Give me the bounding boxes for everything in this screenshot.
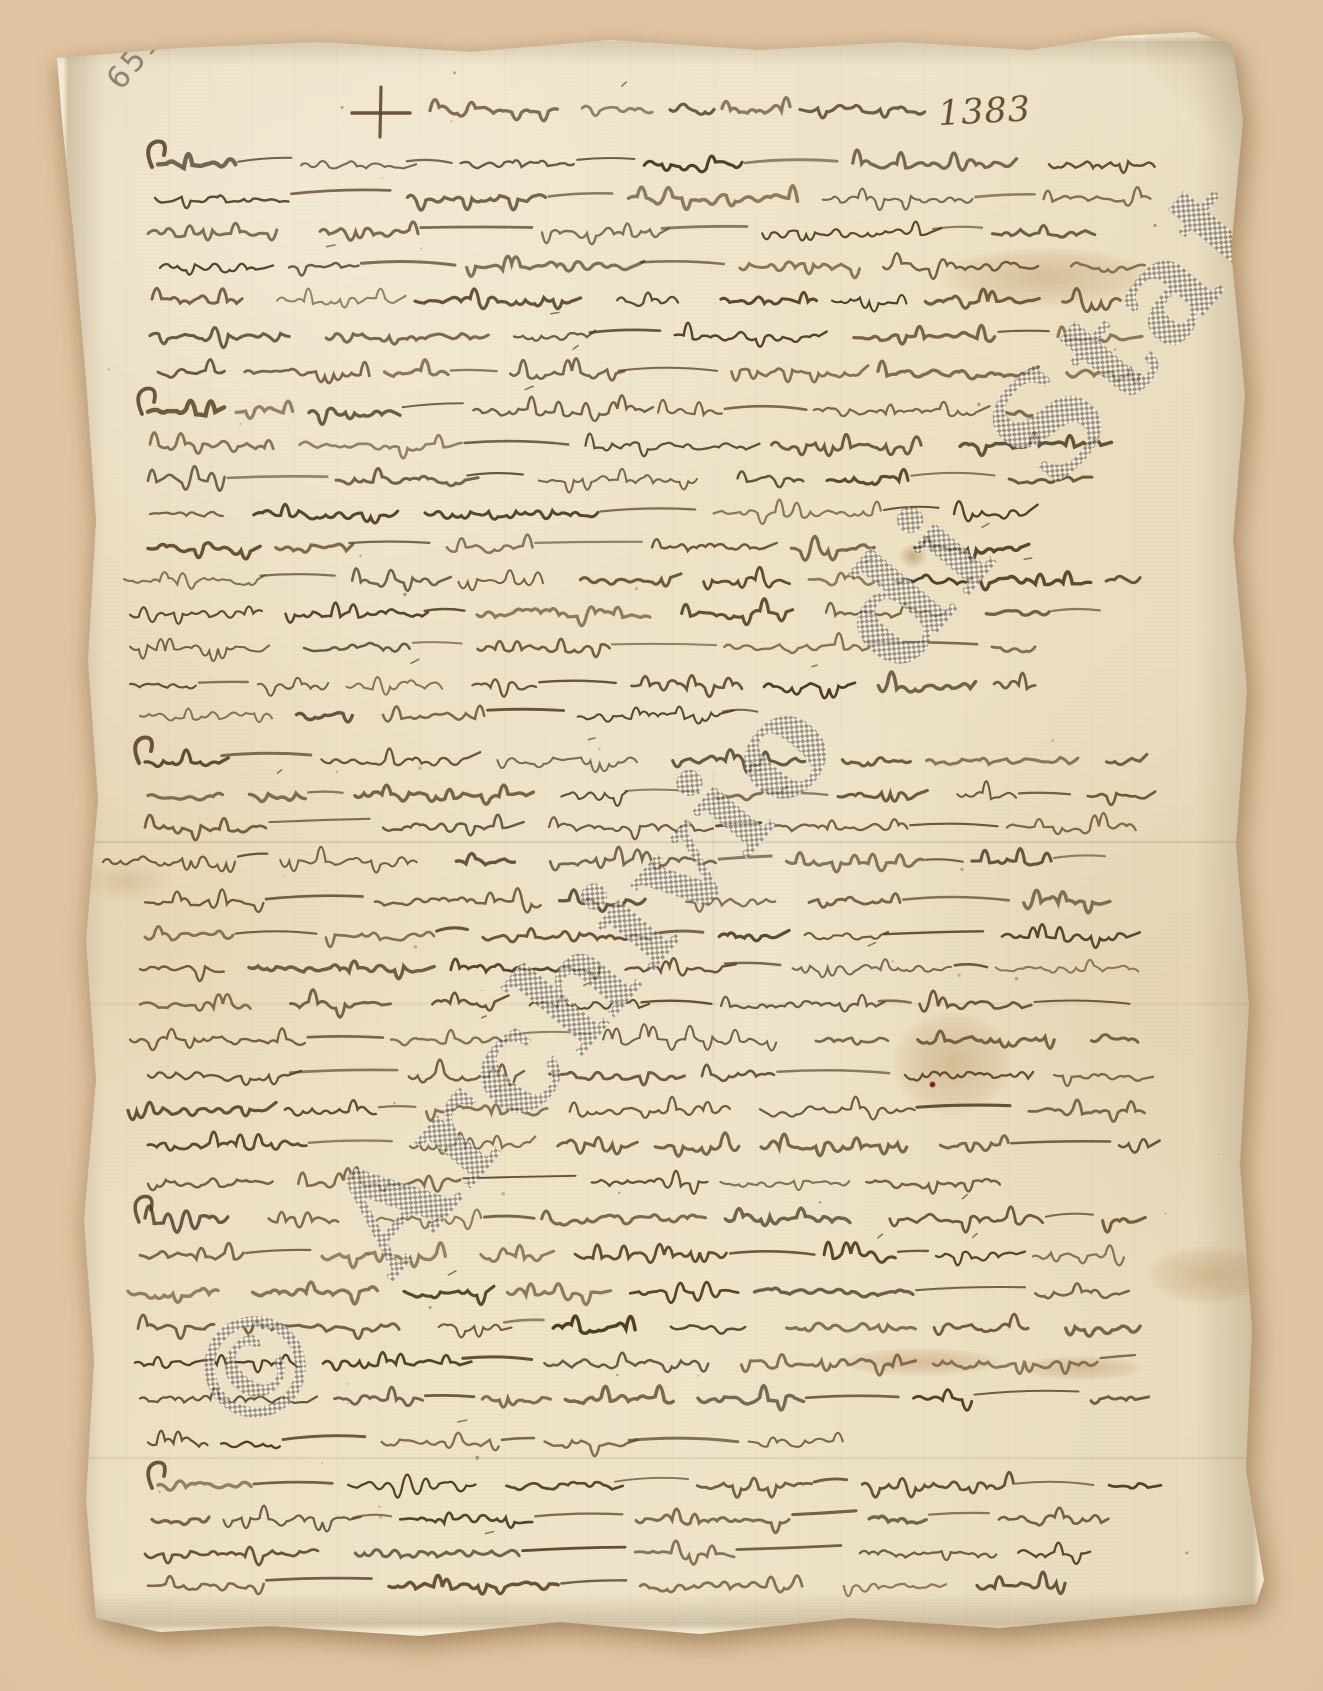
scanned-manuscript-letter: 6518 1383 © Archivio di Stato di Prato xyxy=(0,0,1323,1691)
paper-shadow-wrap: 6518 1383 © Archivio di Stato di Prato xyxy=(0,0,1323,1691)
header-date-year: 1383 xyxy=(937,90,1032,135)
manuscript-paper: 6518 1383 © Archivio di Stato di Prato xyxy=(0,0,1323,1691)
stain-edge-nick xyxy=(1236,1146,1280,1184)
